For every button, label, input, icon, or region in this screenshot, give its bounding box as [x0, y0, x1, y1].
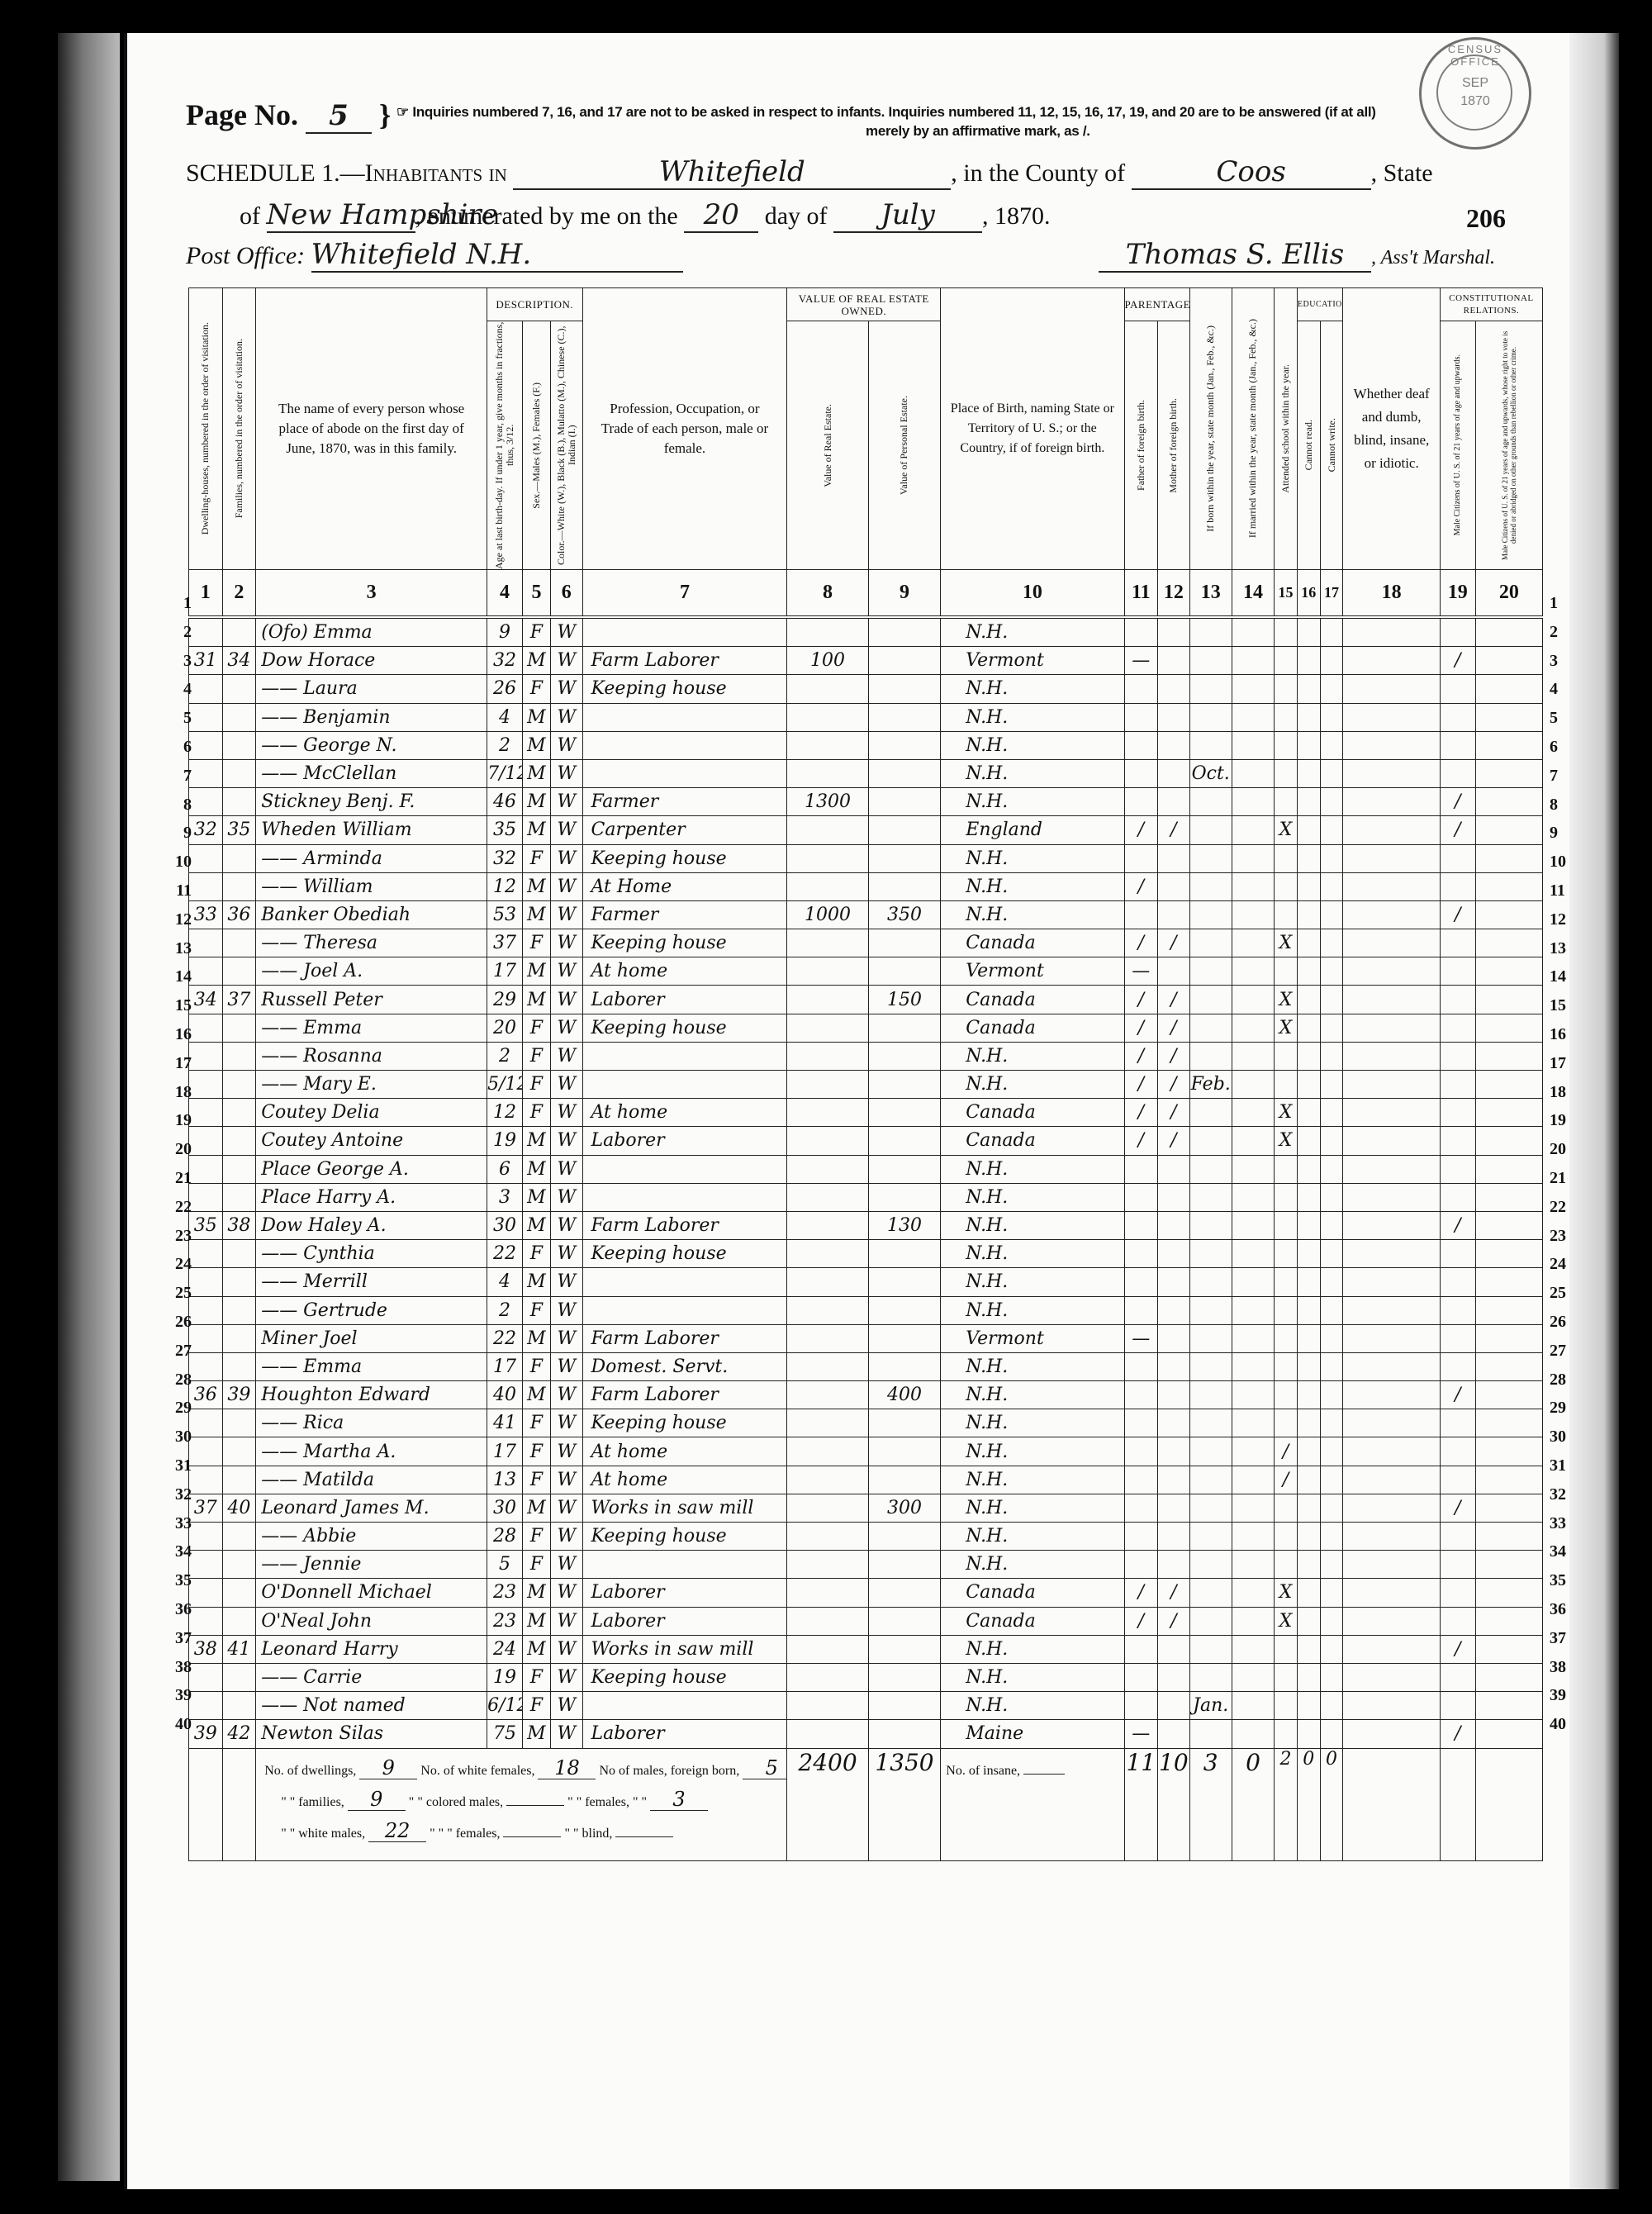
place-of-birth: N.H.	[941, 900, 1124, 929]
of-label: of	[240, 202, 260, 230]
mother-foreign-mark	[1158, 1720, 1189, 1748]
age: 41	[487, 1409, 523, 1437]
dwelling-number	[189, 1155, 223, 1183]
cannot-read-mark	[1297, 929, 1320, 957]
deaf-blind-value	[1343, 1579, 1441, 1607]
cannot-read-mark	[1297, 1551, 1320, 1579]
attended-school-mark: X	[1275, 1607, 1298, 1635]
place-of-birth: N.H.	[941, 1183, 1124, 1211]
sex: F	[522, 1466, 550, 1494]
color: W	[551, 1211, 582, 1239]
dwelling-number	[189, 675, 223, 703]
total-cannot-read: 0	[1297, 1748, 1320, 1860]
attended-school-mark	[1275, 1240, 1298, 1268]
families-count: 9	[348, 1789, 406, 1811]
line-number: 7	[1550, 767, 1558, 786]
married-within-year	[1232, 1099, 1274, 1127]
females-foreign-count: 3	[650, 1789, 708, 1811]
born-within-year	[1189, 703, 1232, 731]
attended-school-mark	[1275, 900, 1298, 929]
line-number: 26	[175, 1313, 192, 1332]
dwelling-number	[189, 929, 223, 957]
line-number: 23	[1550, 1227, 1566, 1246]
real-estate-value	[787, 1268, 868, 1296]
real-estate-value	[787, 703, 868, 731]
deaf-blind-value	[1343, 872, 1441, 900]
line-number: 38	[1550, 1658, 1566, 1677]
vote-denied-mark	[1475, 929, 1542, 957]
cannot-read-mark	[1297, 1466, 1320, 1494]
married-within-year	[1232, 1720, 1274, 1748]
place-of-birth: N.H.	[941, 1268, 1124, 1296]
color: W	[551, 1551, 582, 1579]
cannot-write-mark	[1320, 929, 1343, 957]
vote-denied-mark	[1475, 788, 1542, 816]
male-citizen-mark	[1440, 1014, 1475, 1042]
married-within-year	[1232, 647, 1274, 675]
place-of-birth: N.H.	[941, 1240, 1124, 1268]
color: W	[551, 759, 582, 787]
place-of-birth: N.H.	[941, 1409, 1124, 1437]
real-estate-value: 100	[787, 647, 868, 675]
stamp-text: CENSUS OFFICE	[1422, 43, 1529, 68]
cannot-write-mark	[1320, 759, 1343, 787]
white-females-count: 18	[538, 1757, 596, 1779]
table-row: —— Abbie 28 F W Keeping house N.H.	[189, 1523, 1543, 1551]
male-citizen-mark	[1440, 872, 1475, 900]
father-foreign-mark: /	[1124, 1014, 1158, 1042]
colored-females-label: " " " females,	[430, 1827, 500, 1841]
place-of-birth: N.H.	[941, 1155, 1124, 1183]
occupation: Laborer	[582, 1720, 787, 1748]
cannot-read-mark	[1297, 957, 1320, 986]
dwelling-number	[189, 1692, 223, 1720]
attended-school-mark	[1275, 957, 1298, 986]
family-number: 37	[222, 986, 256, 1014]
mother-foreign-mark	[1158, 1635, 1189, 1663]
married-within-year	[1232, 1296, 1274, 1324]
attended-school-mark	[1275, 1155, 1298, 1183]
sex: M	[522, 759, 550, 787]
line-number: 2	[1550, 623, 1558, 642]
attended-school-mark	[1275, 1042, 1298, 1070]
married-within-year	[1232, 1324, 1274, 1352]
col-number: 8	[787, 570, 868, 618]
age: 4	[487, 1268, 523, 1296]
deaf-blind-value	[1343, 731, 1441, 759]
age: 46	[487, 788, 523, 816]
married-within-year	[1232, 1437, 1274, 1466]
personal-estate-value	[868, 703, 941, 731]
sex: F	[522, 1042, 550, 1070]
line-number: 32	[175, 1485, 192, 1504]
color: W	[551, 1352, 582, 1380]
cannot-write-mark	[1320, 1099, 1343, 1127]
personal-estate-value	[868, 731, 941, 759]
person-name: —— Emma	[256, 1352, 487, 1380]
male-citizen-mark	[1440, 759, 1475, 787]
line-number: 8	[175, 796, 192, 815]
pointing-hand-icon: ☞	[396, 104, 409, 120]
age: 4	[487, 703, 523, 731]
male-citizen-mark	[1440, 1240, 1475, 1268]
real-estate-value	[787, 986, 868, 1014]
place-of-birth: N.H.	[941, 1437, 1124, 1466]
cannot-read-mark	[1297, 1099, 1320, 1127]
state-line: of New Hampshire, enumerated by me on th…	[240, 198, 1051, 233]
sex: M	[522, 986, 550, 1014]
cannot-read-mark	[1297, 675, 1320, 703]
occupation	[582, 1268, 787, 1296]
line-number: 29	[175, 1399, 192, 1418]
mother-foreign-mark	[1158, 1523, 1189, 1551]
age: 12	[487, 872, 523, 900]
real-estate-value	[787, 1692, 868, 1720]
real-estate-value	[787, 1551, 868, 1579]
cannot-read-mark	[1297, 1240, 1320, 1268]
line-number: 11	[1550, 881, 1565, 900]
line-number: 11	[175, 881, 192, 900]
dwelling-number	[189, 1352, 223, 1380]
col-number: 10	[941, 570, 1124, 618]
father-foreign-mark	[1124, 788, 1158, 816]
schedule-line: SCHEDULE 1.—Inhabitants in Whitefield, i…	[186, 155, 1433, 190]
personal-estate-value	[868, 1551, 941, 1579]
personal-estate-value	[868, 1692, 941, 1720]
married-within-year	[1232, 957, 1274, 986]
person-name: Houghton Edward	[256, 1381, 487, 1409]
family-number	[222, 703, 256, 731]
cannot-write-mark	[1320, 703, 1343, 731]
male-citizen-mark: /	[1440, 647, 1475, 675]
col-number: 3	[256, 570, 487, 618]
age: 17	[487, 1437, 523, 1466]
male-citizen-mark	[1440, 675, 1475, 703]
real-estate-value	[787, 1324, 868, 1352]
personal-estate-value	[868, 844, 941, 872]
enumerated-label: , enumerated by me on the	[415, 202, 678, 230]
sex: M	[522, 647, 550, 675]
vote-denied-mark	[1475, 1211, 1542, 1239]
born-within-year	[1189, 617, 1232, 647]
personal-estate-value	[868, 1296, 941, 1324]
place-of-birth: Maine	[941, 1720, 1124, 1748]
col-header-attended-school: Attended school within the year.	[1280, 364, 1291, 493]
male-citizen-mark	[1440, 929, 1475, 957]
deaf-blind-value	[1343, 1381, 1441, 1409]
post-office-line: Post Office: Whitefield N.H.	[186, 238, 683, 273]
sex: F	[522, 1663, 550, 1691]
person-name: Dow Haley A.	[256, 1211, 487, 1239]
mother-foreign-mark	[1158, 1409, 1189, 1437]
col-header-personal-estate: Value of Personal Estate.	[899, 396, 909, 495]
col-header-name: The name of every person whose place of …	[256, 288, 487, 570]
deaf-blind-value	[1343, 1494, 1441, 1522]
mother-foreign-mark: /	[1158, 1014, 1189, 1042]
family-number: 42	[222, 1720, 256, 1748]
deaf-blind-value	[1343, 647, 1441, 675]
personal-estate-value	[868, 957, 941, 986]
personal-estate-value	[868, 647, 941, 675]
occupation: At home	[582, 1099, 787, 1127]
family-number	[222, 1466, 256, 1494]
place-of-birth: N.H.	[941, 1042, 1124, 1070]
table-row: Miner Joel 22 M W Farm Laborer Vermont —	[189, 1324, 1543, 1352]
person-name: Banker Obediah	[256, 900, 487, 929]
real-estate-value	[787, 1523, 868, 1551]
cannot-write-mark	[1320, 1409, 1343, 1437]
deaf-blind-value	[1343, 1663, 1441, 1691]
table-row: —— Arminda 32 F W Keeping house N.H.	[189, 844, 1543, 872]
married-within-year	[1232, 703, 1274, 731]
mother-foreign-mark	[1158, 1155, 1189, 1183]
col-header-male-citizens: Male Citizens of U. S. of 21 years of ag…	[1452, 354, 1463, 535]
vote-denied-mark	[1475, 1014, 1542, 1042]
table-row: —— Laura 26 F W Keeping house N.H.	[189, 675, 1543, 703]
table-row: —— Theresa 37 F W Keeping house Canada /…	[189, 929, 1543, 957]
color: W	[551, 1466, 582, 1494]
place-of-birth: N.H.	[941, 759, 1124, 787]
married-within-year	[1232, 986, 1274, 1014]
cannot-read-mark	[1297, 788, 1320, 816]
vote-denied-mark	[1475, 675, 1542, 703]
day-of-label: day of	[765, 202, 828, 230]
person-name: —— Martha A.	[256, 1437, 487, 1466]
family-number	[222, 1579, 256, 1607]
deaf-blind-value	[1343, 1127, 1441, 1155]
color: W	[551, 1099, 582, 1127]
family-number	[222, 1042, 256, 1070]
occupation: Works in saw mill	[582, 1494, 787, 1522]
personal-estate-value	[868, 1523, 941, 1551]
place-of-birth: N.H.	[941, 1211, 1124, 1239]
personal-estate-value	[868, 929, 941, 957]
dwelling-number	[189, 617, 223, 647]
line-number: 35	[1550, 1571, 1566, 1590]
personal-estate-value	[868, 1352, 941, 1380]
born-within-year	[1189, 1635, 1232, 1663]
born-within-year	[1189, 1607, 1232, 1635]
line-number: 10	[1550, 853, 1566, 872]
cannot-write-mark	[1320, 1466, 1343, 1494]
sex: M	[522, 900, 550, 929]
vote-denied-mark	[1475, 1437, 1542, 1466]
attended-school-mark	[1275, 1720, 1298, 1748]
line-number: 40	[175, 1715, 192, 1734]
schedule-label: SCHEDULE 1.—Inhabitants in	[186, 159, 507, 187]
cannot-write-mark	[1320, 872, 1343, 900]
sex: F	[522, 1551, 550, 1579]
mother-foreign-mark	[1158, 1466, 1189, 1494]
mother-foreign-mark	[1158, 1296, 1189, 1324]
father-foreign-mark	[1124, 1409, 1158, 1437]
occupation	[582, 1296, 787, 1324]
color: W	[551, 1607, 582, 1635]
table-row: —— Cynthia 22 F W Keeping house N.H.	[189, 1240, 1543, 1268]
sex: F	[522, 1692, 550, 1720]
family-number	[222, 957, 256, 986]
sex: M	[522, 1494, 550, 1522]
born-within-year	[1189, 872, 1232, 900]
mother-foreign-mark	[1158, 1692, 1189, 1720]
family-number	[222, 1014, 256, 1042]
line-number: 32	[1550, 1485, 1566, 1504]
col-number: 12	[1158, 570, 1189, 618]
cannot-read-mark	[1297, 1494, 1320, 1522]
township-value: Whitefield	[513, 155, 951, 190]
married-within-year	[1232, 1155, 1274, 1183]
sex: M	[522, 1324, 550, 1352]
personal-estate-value	[868, 1155, 941, 1183]
personal-estate-value	[868, 1268, 941, 1296]
sex: M	[522, 703, 550, 731]
page-right-edge	[1569, 33, 1619, 2189]
family-number	[222, 1127, 256, 1155]
line-number: 33	[175, 1514, 192, 1533]
place-of-birth: N.H.	[941, 1071, 1124, 1099]
cannot-write-mark	[1320, 1437, 1343, 1466]
father-foreign-mark: /	[1124, 1579, 1158, 1607]
personal-estate-value	[868, 1607, 941, 1635]
cannot-write-mark	[1320, 1663, 1343, 1691]
marshal-signature: Thomas S. Ellis	[1099, 238, 1371, 273]
cannot-write-mark	[1320, 1240, 1343, 1268]
table-row: —— Matilda 13 F W At home N.H. /	[189, 1466, 1543, 1494]
place-of-birth: N.H.	[941, 1381, 1124, 1409]
person-name: —— Emma	[256, 1014, 487, 1042]
mother-foreign-mark: /	[1158, 816, 1189, 844]
line-number: 2	[175, 623, 192, 642]
age: 13	[487, 1466, 523, 1494]
person-name: Leonard James M.	[256, 1494, 487, 1522]
dwelling-number: 32	[189, 816, 223, 844]
vote-denied-mark	[1475, 1352, 1542, 1380]
table-row: Coutey Antoine 19 M W Laborer Canada / /…	[189, 1127, 1543, 1155]
col-number: 5	[522, 570, 550, 618]
sex: M	[522, 1268, 550, 1296]
male-citizen-mark: /	[1440, 1494, 1475, 1522]
occupation: At home	[582, 957, 787, 986]
age: 19	[487, 1127, 523, 1155]
col-number: 20	[1475, 570, 1542, 618]
male-citizen-mark	[1440, 1466, 1475, 1494]
father-foreign-mark	[1124, 844, 1158, 872]
deaf-blind-value	[1343, 844, 1441, 872]
deaf-blind-value	[1343, 1296, 1441, 1324]
family-number	[222, 1240, 256, 1268]
line-number: 17	[1550, 1054, 1566, 1073]
occupation: At home	[582, 1466, 787, 1494]
mother-foreign-mark	[1158, 900, 1189, 929]
table-row: 39 42 Newton Silas 75 M W Laborer Maine …	[189, 1720, 1543, 1748]
vote-denied-mark	[1475, 1551, 1542, 1579]
col-group-real-estate: VALUE OF REAL ESTATE OWNED.	[787, 288, 941, 321]
occupation: Keeping house	[582, 1014, 787, 1042]
family-number: 40	[222, 1494, 256, 1522]
age: 53	[487, 900, 523, 929]
personal-estate-value: 130	[868, 1211, 941, 1239]
deaf-blind-value	[1343, 1437, 1441, 1466]
father-foreign-mark	[1124, 703, 1158, 731]
real-estate-value	[787, 1071, 868, 1099]
stamp-year: 1870	[1422, 94, 1529, 109]
personal-estate-value	[868, 1014, 941, 1042]
line-number: 39	[175, 1686, 192, 1705]
males-foreign-count: 5	[743, 1757, 787, 1779]
personal-estate-value: 400	[868, 1381, 941, 1409]
line-number: 4	[175, 680, 192, 699]
personal-estate-value	[868, 617, 941, 647]
married-within-year	[1232, 1014, 1274, 1042]
married-within-year	[1232, 1494, 1274, 1522]
line-number: 20	[1550, 1140, 1566, 1159]
personal-estate-value	[868, 1240, 941, 1268]
cannot-write-mark	[1320, 647, 1343, 675]
color: W	[551, 900, 582, 929]
header-group-row: Dwelling-houses, numbered in the order o…	[189, 288, 1543, 321]
person-name: Coutey Delia	[256, 1099, 487, 1127]
deaf-blind-value	[1343, 1635, 1441, 1663]
cannot-read-mark	[1297, 617, 1320, 647]
deaf-blind-value	[1343, 788, 1441, 816]
line-number: 29	[1550, 1399, 1566, 1418]
born-within-year: Feb.	[1189, 1071, 1232, 1099]
cannot-write-mark	[1320, 1268, 1343, 1296]
deaf-blind-value	[1343, 1211, 1441, 1239]
line-number: 3	[175, 652, 192, 671]
cannot-write-mark	[1320, 900, 1343, 929]
attended-school-mark: /	[1275, 1466, 1298, 1494]
mother-foreign-mark	[1158, 1324, 1189, 1352]
place-of-birth: N.H.	[941, 1692, 1124, 1720]
father-foreign-mark: —	[1124, 1720, 1158, 1748]
age: 23	[487, 1607, 523, 1635]
married-within-year	[1232, 1523, 1274, 1551]
stamp-month: SEP	[1422, 76, 1529, 91]
attended-school-mark	[1275, 617, 1298, 647]
dwellings-count: 9	[359, 1757, 417, 1779]
sex: M	[522, 1155, 550, 1183]
dwelling-number	[189, 1437, 223, 1466]
person-name: Russell Peter	[256, 986, 487, 1014]
father-foreign-mark: /	[1124, 1127, 1158, 1155]
post-office-value: Whitefield N.H.	[311, 238, 683, 273]
cannot-read-mark	[1297, 1720, 1320, 1748]
cannot-write-mark	[1320, 1551, 1343, 1579]
line-number: 22	[175, 1198, 192, 1217]
vote-denied-mark	[1475, 1494, 1542, 1522]
cannot-read-mark	[1297, 1579, 1320, 1607]
table-row: —— Emma 17 F W Domest. Servt. N.H.	[189, 1352, 1543, 1380]
born-within-year	[1189, 1720, 1232, 1748]
deaf-blind-value	[1343, 759, 1441, 787]
vote-denied-mark	[1475, 1607, 1542, 1635]
line-number: 18	[1550, 1083, 1566, 1102]
col-header-occupation: Profession, Occupation, or Trade of each…	[582, 288, 787, 570]
color: W	[551, 816, 582, 844]
father-foreign-mark	[1124, 1296, 1158, 1324]
mother-foreign-mark	[1158, 1211, 1189, 1239]
cannot-read-mark	[1297, 1692, 1320, 1720]
deaf-blind-value	[1343, 1466, 1441, 1494]
vote-denied-mark	[1475, 816, 1542, 844]
occupation	[582, 1042, 787, 1070]
line-number: 12	[1550, 910, 1566, 929]
cannot-write-mark	[1320, 1183, 1343, 1211]
cannot-write-mark	[1320, 1324, 1343, 1352]
occupation: Laborer	[582, 1607, 787, 1635]
col-number: 6	[551, 570, 582, 618]
